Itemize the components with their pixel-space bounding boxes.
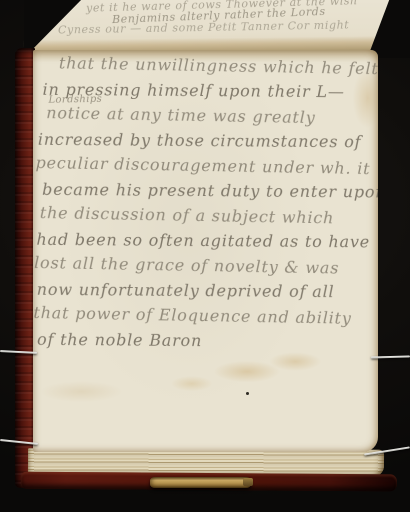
handwriting-line: of the noble Baron [37, 327, 369, 355]
notebook-photograph: yet it he ware of cows Thowever at the w… [0, 0, 410, 512]
ink-speck [246, 392, 249, 395]
manuscript-text: that the unwillingness which he felt— in… [33, 51, 373, 356]
retaining-thread-right-middle [371, 355, 410, 358]
brass-clasp-catch [243, 478, 253, 486]
manuscript-page: that the unwillingness which he felt— in… [33, 50, 378, 452]
brass-clasp [150, 477, 251, 488]
handwriting-line: Cyness our — and some Petit Tanner Cor m… [58, 18, 349, 36]
inserted-correction-word: Lordships [48, 94, 102, 106]
red-leather-spine [15, 48, 35, 488]
